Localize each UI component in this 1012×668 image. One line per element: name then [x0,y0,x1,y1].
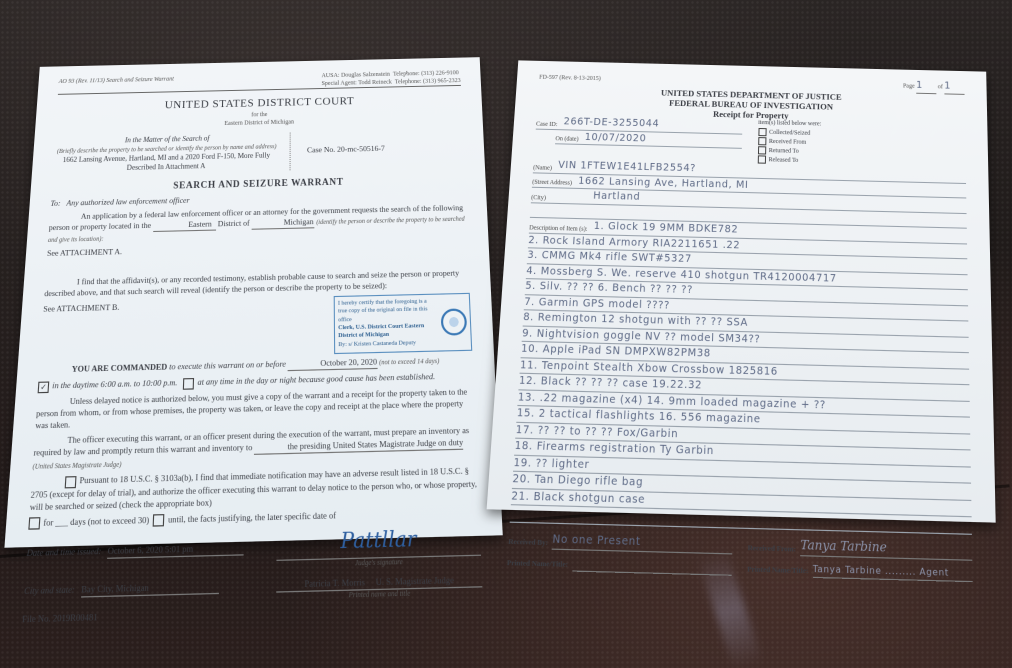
inventory-paragraph: The officer executing this warrant, or a… [32,425,477,473]
checkbox-icon[interactable] [758,128,766,136]
court-seal-icon [441,308,468,335]
checkbox-icon[interactable] [757,146,765,154]
see-attachment-b: See ATTACHMENT B. [43,302,120,315]
delay-paragraph: Pursuant to 18 U.S.C. § 3103a(b), I find… [29,466,478,514]
warrant-contacts: AUSA: Douglas Salzenstein Telephone: (31… [321,69,460,88]
matter-of: In the Matter of the Search of (Briefly … [52,133,279,175]
page-count: Page 1 of 1 [903,80,965,95]
notice-paragraph: Unless delayed notice is authorized belo… [35,386,475,432]
item-description-list: Description of Item (s):1. Glock 19 9MM … [511,218,972,517]
anytime-checkbox-icon[interactable] [183,378,194,390]
date-field: On (date)10/07/2020 [555,130,742,149]
judge-title: U. S. Magistrate Judge [375,574,454,587]
case-number: Case No. 20-mc-50516-7 [307,129,464,170]
delay-checkbox-icon[interactable] [65,476,77,488]
fbi-property-receipt: FD-597 (Rev. 8-13-2015) Page 1 of 1 UNIT… [487,60,996,522]
checkbox-icon[interactable] [757,155,765,163]
receipt-form-code: FD-597 (Rev. 8-13-2015) [539,74,601,83]
until-checkbox-icon[interactable] [153,514,165,527]
city-value: Bay City, Michigan [81,580,219,598]
search-warrant-document: AO 93 (Rev. 11/13) Search and Seizure Wa… [4,57,502,548]
warrant-form-code: AO 93 (Rev. 11/13) Search and Seizure Wa… [58,76,174,86]
option-released-to[interactable]: Released To [757,155,821,166]
for-days-checkbox-icon[interactable] [28,517,40,530]
case-caption: In the Matter of the Search of (Briefly … [52,129,464,175]
application-paragraph: An application by a federal law enforcem… [48,203,468,246]
judge-signature: Pattllar [340,527,417,555]
issued-value: October 6, 2020 5:01 pm [107,542,244,559]
daytime-checkbox-checked-icon[interactable]: ✓ [38,381,50,393]
certified-copy-stamp: I hereby certify that the foregoing is a… [334,293,473,355]
judge-name: Patricia T. Morris [304,576,365,589]
checkbox-icon[interactable] [758,137,766,145]
disposition-options: item(s) listed below were: Collected/Sei… [757,120,821,165]
